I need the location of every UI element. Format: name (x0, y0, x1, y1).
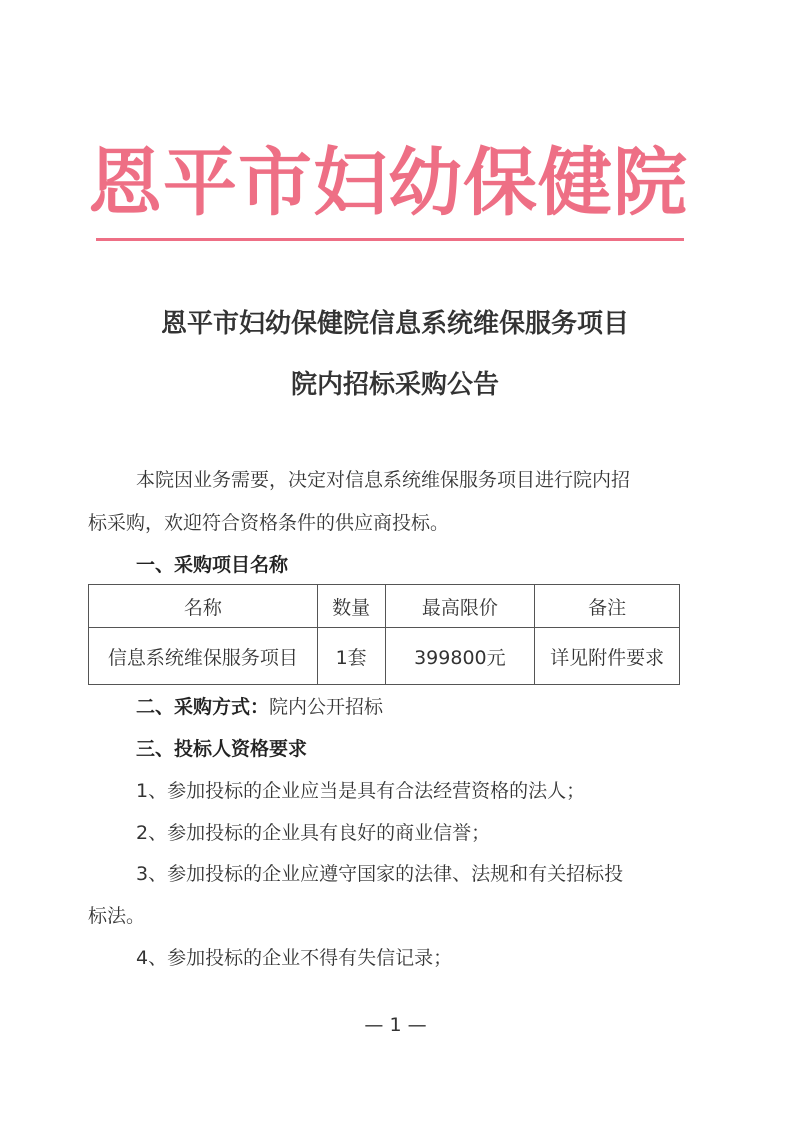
qualification-item-4: 4、参加投标的企业不得有失信记录； (88, 945, 736, 971)
letterhead-divider (96, 238, 684, 241)
intro-paragraph-line-1: 本院因业务需要，决定对信息系统维保服务项目进行院内招 (88, 467, 696, 493)
column-header-remarks: 备注 (535, 585, 680, 628)
column-header-max-price: 最高限价 (385, 585, 535, 628)
qualification-item-1: 1、参加投标的企业应当是具有合法经营资格的法人； (88, 778, 736, 804)
section-2-value: 院内公开招标 (269, 696, 383, 718)
section-2: 二、采购方式：院内公开招标 (88, 694, 736, 720)
table-header-row: 名称 数量 最高限价 备注 (89, 585, 680, 628)
page-number: — 1 — (0, 1014, 791, 1036)
cell-remarks: 详见附件要求 (535, 628, 680, 685)
table-row: 信息系统维保服务项目 1套 399800元 详见附件要求 (89, 628, 680, 685)
column-header-name: 名称 (89, 585, 318, 628)
qualification-item-2: 2、参加投标的企业具有良好的商业信誉； (88, 820, 736, 846)
document-title-line-1: 恩平市妇幼保健院信息系统维保服务项目 (60, 306, 730, 342)
cell-quantity: 1套 (317, 628, 385, 685)
qualification-item-3: 3、参加投标的企业应遵守国家的法律、法规和有关招标投 (88, 861, 736, 887)
section-3-heading: 三、投标人资格要求 (88, 736, 736, 762)
section-1-heading: 一、采购项目名称 (88, 552, 736, 578)
cell-item-name: 信息系统维保服务项目 (89, 628, 318, 685)
section-2-heading: 二、采购方式： (136, 696, 269, 718)
qualification-item-3-continued: 标法。 (88, 903, 688, 929)
intro-paragraph-line-2: 标采购，欢迎符合资格条件的供应商投标。 (88, 510, 688, 536)
cell-max-price: 399800元 (385, 628, 535, 685)
procurement-item-table: 名称 数量 最高限价 备注 信息系统维保服务项目 1套 399800元 详见附件… (88, 584, 680, 685)
document-title-line-2: 院内招标采购公告 (60, 367, 730, 403)
letterhead-org-name: 恩平市妇幼保健院 (88, 138, 688, 228)
column-header-quantity: 数量 (317, 585, 385, 628)
